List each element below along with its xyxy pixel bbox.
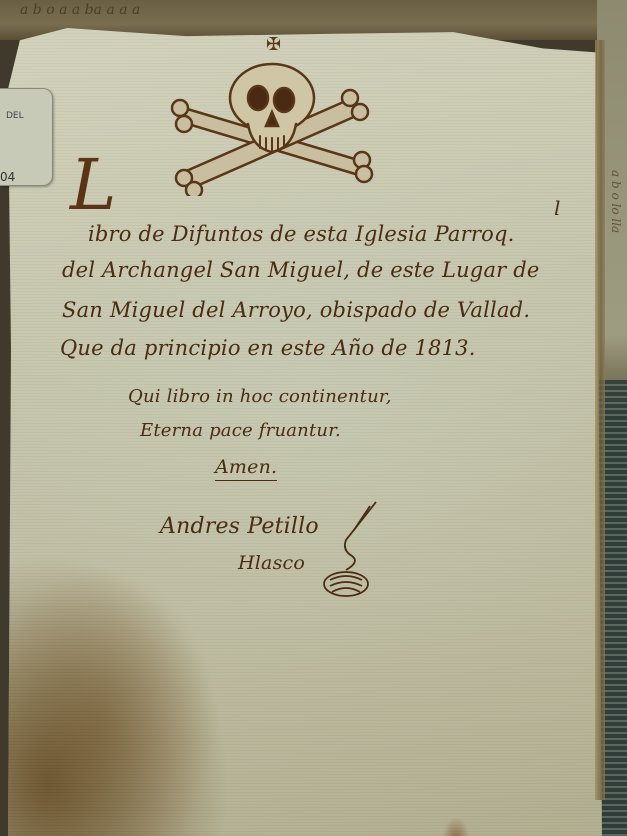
signature-rubric-icon — [316, 500, 396, 600]
skull-and-crossbones-icon — [162, 56, 382, 196]
page-torn-edge — [595, 40, 605, 800]
cross-pattee-icon: ✠ — [266, 34, 281, 55]
verse-line-2: Eterna pace fruantur. — [140, 420, 341, 441]
title-initial: L — [70, 150, 116, 220]
title-line-3: San Miguel del Arroyo, obispado de Valla… — [62, 298, 530, 322]
title-line-1: ibro de Difuntos de esta Iglesia Parroq. — [88, 222, 514, 246]
label-text: DEL — [6, 111, 24, 121]
verse-amen: Amen. — [215, 456, 277, 481]
library-label-tag: DEL 04 — [0, 88, 53, 186]
signature-name: Andres Petillo — [160, 514, 319, 539]
signature-surname: Hlasco — [238, 552, 305, 574]
title-line-4: Que da principio en este Año de 1813. — [60, 336, 476, 360]
label-number: 04 — [0, 170, 15, 184]
backdrop-handwriting: a b o a a ba a a a — [20, 2, 140, 18]
title-line-2: del Archangel San Miguel, de este Lugar … — [62, 258, 540, 282]
title-superscript: l — [554, 196, 561, 220]
verse-line-1: Qui libro in hoc continentur, — [128, 386, 392, 407]
